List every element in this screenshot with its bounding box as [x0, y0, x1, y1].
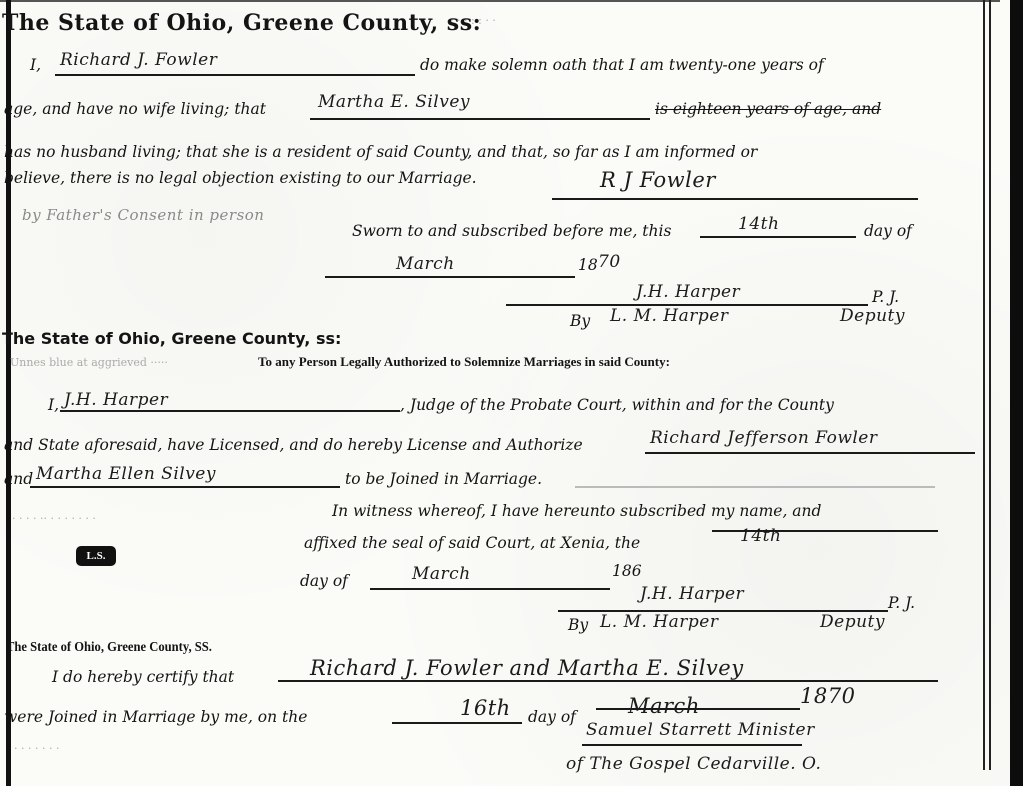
sworn-day-line	[700, 236, 856, 238]
officiant-line2: of The Gospel Cedarville. O.	[566, 754, 821, 774]
deputy-signature-affidavit: L. M. Harper	[610, 306, 728, 326]
deputy-title-license: Deputy	[820, 612, 885, 632]
bleed-through-text: · · · : : · ·	[450, 14, 496, 27]
witness-month: March	[412, 564, 471, 584]
certificate-heading: The State of Ohio, Greene County, SS.	[6, 640, 212, 656]
certificate-line1-pre: I do hereby certify that	[52, 668, 234, 686]
license-line3-pre: and	[4, 470, 33, 488]
marriage-day: 16th	[460, 696, 511, 720]
applicant-signature-line	[552, 198, 918, 200]
deputy-prefix-license: By	[568, 616, 588, 634]
applicant-name: Richard J. Fowler	[60, 50, 217, 70]
license-line3-post: to be Joined in Marriage.	[345, 470, 542, 488]
applicant-signature: R J Fowler	[600, 168, 716, 192]
marriage-day-of: day of	[528, 708, 576, 726]
applicant-name-line	[55, 74, 415, 76]
affidavit-line1-post: do make solemn oath that I am twenty-one…	[420, 56, 824, 74]
marriage-month: March	[628, 694, 700, 718]
deputy-title-affidavit: Deputy	[840, 306, 905, 326]
affidavit-line3: has no husband living; that she is a res…	[4, 143, 757, 161]
bride-name: Martha E. Silvey	[318, 92, 470, 112]
sworn-year-prefix: 18	[578, 256, 598, 274]
license-banner: To any Person Legally Authorized to Sole…	[258, 354, 670, 370]
license-heading: The State of Ohio, Greene County, ss:	[2, 329, 341, 348]
license-line1-pre: I,	[48, 396, 59, 414]
sworn-month: March	[396, 254, 455, 274]
probate-judge-name: J.H. Harper	[64, 390, 168, 410]
bleed-through-text: Unnes blue at aggrieved ·····	[10, 356, 168, 369]
sworn-year-suffix: 70	[598, 252, 621, 272]
deputy-signature-license: L. M. Harper	[600, 612, 718, 632]
witness-day-line	[712, 530, 938, 532]
affidavit-line1-pre: I,	[30, 56, 41, 74]
license-year-prefix: 186	[612, 562, 642, 580]
sworn-day: 14th	[738, 214, 779, 234]
blank-line	[575, 486, 935, 488]
witness-month-line	[370, 588, 610, 590]
officiant-signature-line	[582, 744, 802, 746]
right-border-rule-inner	[989, 0, 991, 770]
licensed-groom-name: Richard Jefferson Fowler	[650, 428, 878, 448]
judge-signature-license: J.H. Harper	[640, 584, 744, 604]
affidavit-line4: believe, there is no legal objection exi…	[4, 169, 477, 187]
licensed-bride-name: Martha Ellen Silvey	[36, 464, 216, 484]
sworn-month-line	[325, 276, 575, 278]
marriage-record-page: The State of Ohio, Greene County, ss: · …	[0, 0, 1023, 786]
married-couple: Richard J. Fowler and Martha E. Silvey	[310, 656, 744, 680]
affidavit-line2-pre: age, and have no wife living; that	[4, 100, 266, 118]
seal-badge: L.S.	[76, 546, 116, 566]
married-couple-line	[278, 680, 938, 682]
marriage-year: 1870	[800, 684, 855, 708]
probate-judge-name-line	[60, 410, 400, 412]
certificate-line2-pre: were Joined in Marriage by me, on the	[4, 708, 307, 726]
right-border-rule	[983, 0, 985, 770]
witness-day: 14th	[740, 526, 781, 546]
sworn-text: Sworn to and subscribed before me, this	[352, 222, 671, 240]
marriage-month-line	[596, 708, 800, 710]
bride-name-line	[310, 118, 650, 120]
judge-title-license: P. J.	[888, 594, 915, 612]
licensed-groom-name-line	[645, 452, 975, 454]
top-border-rule	[0, 0, 1000, 2]
sworn-day-of: day of	[864, 222, 912, 240]
bleed-through-text: · · · · · · ·	[14, 742, 59, 755]
right-binding-edge	[1010, 0, 1023, 786]
licensed-bride-name-line	[30, 486, 340, 488]
witness-day-of: day of	[300, 572, 348, 590]
marriage-day-line	[392, 722, 522, 724]
consent-note: by Father's Consent in person	[22, 206, 264, 224]
witness-line2: affixed the seal of said Court, at Xenia…	[304, 534, 640, 552]
deputy-prefix-affidavit: By	[570, 312, 590, 330]
judge-signature-affidavit: J.H. Harper	[636, 282, 740, 302]
witness-line1: In witness whereof, I have hereunto subs…	[332, 502, 821, 520]
affidavit-heading: The State of Ohio, Greene County, ss:	[2, 10, 481, 36]
struck-age-clause: is eighteen years of age, and	[655, 100, 881, 118]
license-line1-post: , Judge of the Probate Court, within and…	[400, 396, 834, 414]
bleed-through-text: · · · · ·· · · · · · · ·	[12, 512, 96, 525]
judge-title-affidavit: P. J.	[872, 288, 899, 306]
license-line2-pre: and State aforesaid, have Licensed, and …	[4, 436, 583, 454]
officiant-signature: Samuel Starrett Minister	[586, 720, 815, 740]
